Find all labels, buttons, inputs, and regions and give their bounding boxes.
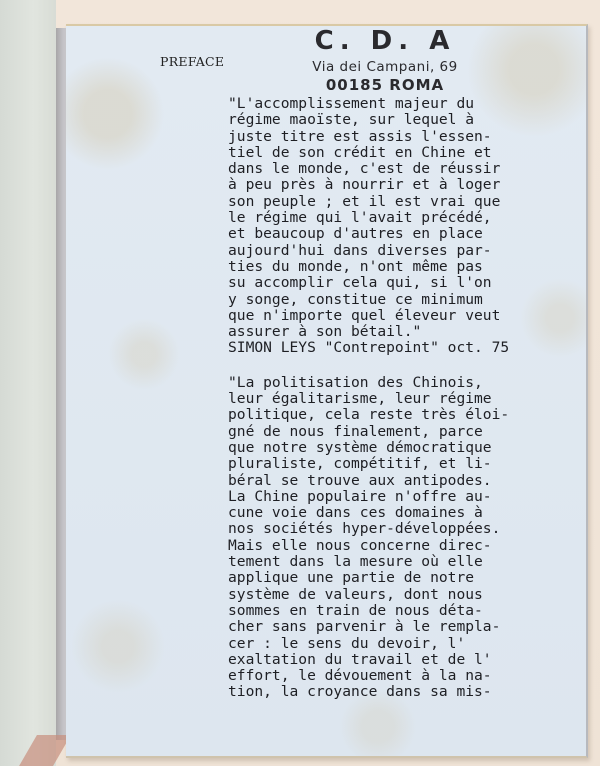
text-line: son peuple ; et il est vrai que [228,194,578,210]
text-line: effort, le dévouement à la na- [228,668,578,684]
text-line: que n'importe quel éleveur veut [228,308,578,324]
text-line: juste titre est assis l'essen- [228,129,578,145]
stamp-organization: C. D. A [300,26,470,56]
text-line: système de valeurs, dont nous [228,587,578,603]
text-line: "L'accomplissement majeur du [228,96,578,112]
text-line: assurer à son bétail." [228,324,578,340]
text-line: politique, cela reste très éloi- [228,407,578,423]
page-heading: PREFACE [160,54,224,69]
text-line: ties du monde, n'ont même pas [228,259,578,275]
text-line: et beaucoup d'autres en place [228,226,578,242]
text-line: tiel de son crédit en Chine et [228,145,578,161]
text-line: "La politisation des Chinois, [228,375,578,391]
text-line: SIMON LEYS "Contrepoint" oct. 75 [228,340,578,356]
text-line: su accomplir cela qui, si l'on [228,275,578,291]
text-line: régime maoïste, sur lequel à [228,112,578,128]
text-line: applique une partie de notre [228,570,578,586]
text-line: La Chine populaire n'offre au- [228,489,578,505]
text-line: aujourd'hui dans diverses par- [228,243,578,259]
text-line: y songe, constitue ce minimum [228,292,578,308]
address-stamp: C. D. A Via dei Campani, 69 00185 ROMA [300,26,470,94]
text-line: gné de nous finalement, parce [228,424,578,440]
text-line: béral se trouve aux antipodes. [228,473,578,489]
text-line: à peu près à nourrir et à loger [228,177,578,193]
paragraph-spacer [228,357,578,375]
text-line: que notre système démocratique [228,440,578,456]
text-line: cune voie dans ces domaines à [228,505,578,521]
text-line: pluraliste, compétitif, et li- [228,456,578,472]
body-text: "L'accomplissement majeur durégime maoïs… [228,96,578,701]
quote-paragraph-leys: "L'accomplissement majeur durégime maoïs… [228,96,578,357]
text-line: leur égalitarisme, leur régime [228,391,578,407]
stamp-street: Via dei Campani, 69 [300,58,470,76]
text-line: tement dans la mesure où elle [228,554,578,570]
text-line: Mais elle nous concerne direc- [228,538,578,554]
text-line: dans le monde, c'est de réussir [228,161,578,177]
text-line: cher sans parvenir à le rempla- [228,619,578,635]
text-line: sommes en train de nous déta- [228,603,578,619]
text-line: nos sociétés hyper-développées. [228,521,578,537]
text-line: exaltation du travail et de l' [228,652,578,668]
binder-cover [0,0,56,766]
stamp-city: 00185 ROMA [300,76,470,94]
text-line: cer : le sens du devoir, l' [228,636,578,652]
quote-paragraph-politisation: "La politisation des Chinois,leur égalit… [228,375,578,701]
text-line: tion, la croyance dans sa mis- [228,684,578,700]
text-line: le régime qui l'avait précédé, [228,210,578,226]
document-page: PREFACE C. D. A Via dei Campani, 69 0018… [66,24,588,758]
